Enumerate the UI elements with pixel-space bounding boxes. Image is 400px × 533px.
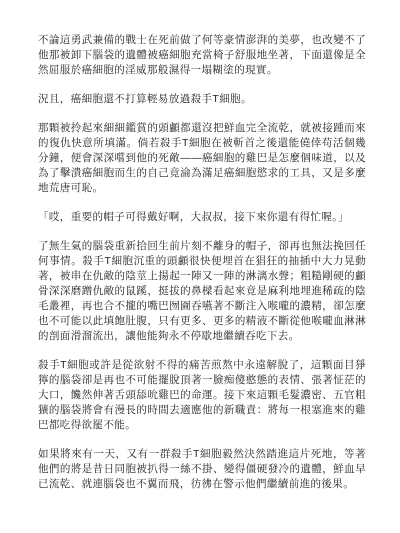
- paragraph-5: 了無生氣的腦袋重新拾回生前片刻不離身的帽子，卻再也無法挽回任何事情。殺手T細胞沉…: [38, 239, 366, 344]
- text-block: 不論這勇武兼備的戰士在死前做了何等豪情澎湃的美夢，也改變不了他那被卸下腦袋的遺體…: [38, 33, 366, 506]
- paragraph-6: 殺手T細胞或許是從欲射不得的痛苦煎熬中永遠解脫了，這顆面目猙獰的腦袋卻是再也不可…: [38, 358, 366, 433]
- paragraph-2: 況且，癌細胞還不打算輕易放過殺手T細胞。: [38, 92, 366, 107]
- paragraph-1: 不論這勇武兼備的戰士在死前做了何等豪情澎湃的美夢，也改變不了他那被卸下腦袋的遺體…: [38, 33, 366, 78]
- paragraph-7: 如果將來有一天，又有一群殺手T細胞毅然決然踏進這片死地，等著他們的將是昔日同胞被…: [38, 447, 366, 492]
- paragraph-4-quote: 「哎，重要的帽子可得戴好啊，大叔叔，接下來你還有得忙喔。」: [38, 210, 366, 225]
- document-page: 不論這勇武兼備的戰士在死前做了何等豪情澎湃的美夢，也改變不了他那被卸下腦袋的遺體…: [0, 0, 400, 533]
- paragraph-3: 那顆被拎起來細細鑑賞的頭顱都還沒把鮮血完全流乾，就被接踵而來的復仇快意所填滿。倘…: [38, 121, 366, 196]
